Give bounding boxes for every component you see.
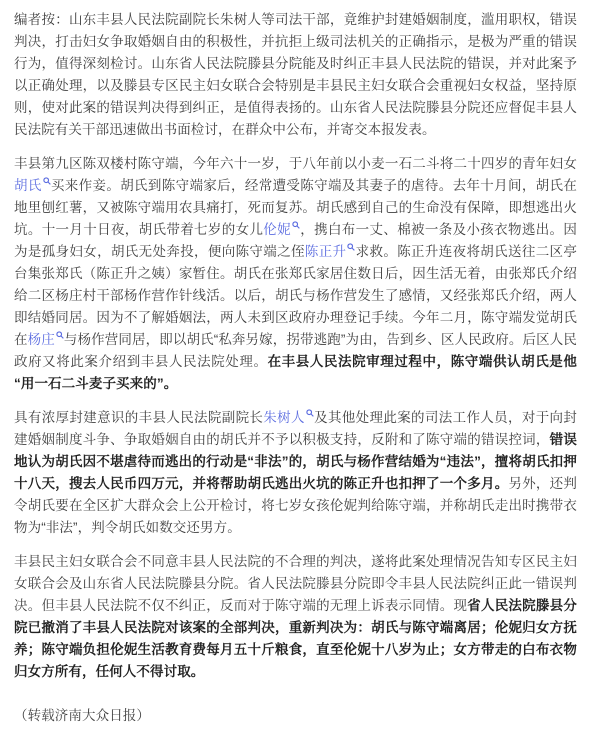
entity-link[interactable]: 陈正升 xyxy=(305,244,356,259)
entity-link[interactable]: 胡氏 xyxy=(14,178,51,193)
search-magnifier-icon xyxy=(43,177,51,185)
search-magnifier-icon xyxy=(56,331,64,339)
text-segment: 丰县第九区陈双楼村陈守端，今年六十一岁，于八年前以小麦一石二斗将二十四岁的青年妇… xyxy=(14,156,577,171)
article-page: 编者按：山东丰县人民法院副院长朱树人等司法干部，竟维护封建婚姻制度，滥用职权，错… xyxy=(0,0,591,739)
entity-link[interactable]: 伦妮 xyxy=(263,222,300,237)
article-paragraph: 丰县民主妇女联合会不同意丰县人民法院的不合理的判决，遂将此案处理情况告知专区民主… xyxy=(14,551,577,683)
text-segment: 具有浓厚封建意识的丰县人民法院副院长 xyxy=(14,410,263,425)
paragraphs-container: 编者按：山东丰县人民法院副院长朱树人等司法干部，竟维护封建婚姻制度，滥用职权，错… xyxy=(14,9,577,683)
entity-link[interactable]: 杨庄 xyxy=(28,332,64,347)
source-attribution: （转载济南大众日报） xyxy=(14,705,577,727)
article-paragraph: 编者按：山东丰县人民法院副院长朱树人等司法干部，竟维护封建婚姻制度，滥用职权，错… xyxy=(14,9,577,141)
text-segment: 编者按：山东丰县人民法院副院长朱树人等司法干部，竟维护封建婚姻制度，滥用职权，错… xyxy=(14,12,577,137)
search-magnifier-icon xyxy=(292,221,300,229)
article-paragraph: 具有浓厚封建意识的丰县人民法院副院长朱树人及其他处理此案的司法工作人员，对于向封… xyxy=(14,407,577,539)
article-paragraph: 丰县第九区陈双楼村陈守端，今年六十一岁，于八年前以小麦一石二斗将二十四岁的青年妇… xyxy=(14,153,577,395)
entity-link[interactable]: 朱树人 xyxy=(263,410,314,425)
search-magnifier-icon xyxy=(306,409,314,417)
